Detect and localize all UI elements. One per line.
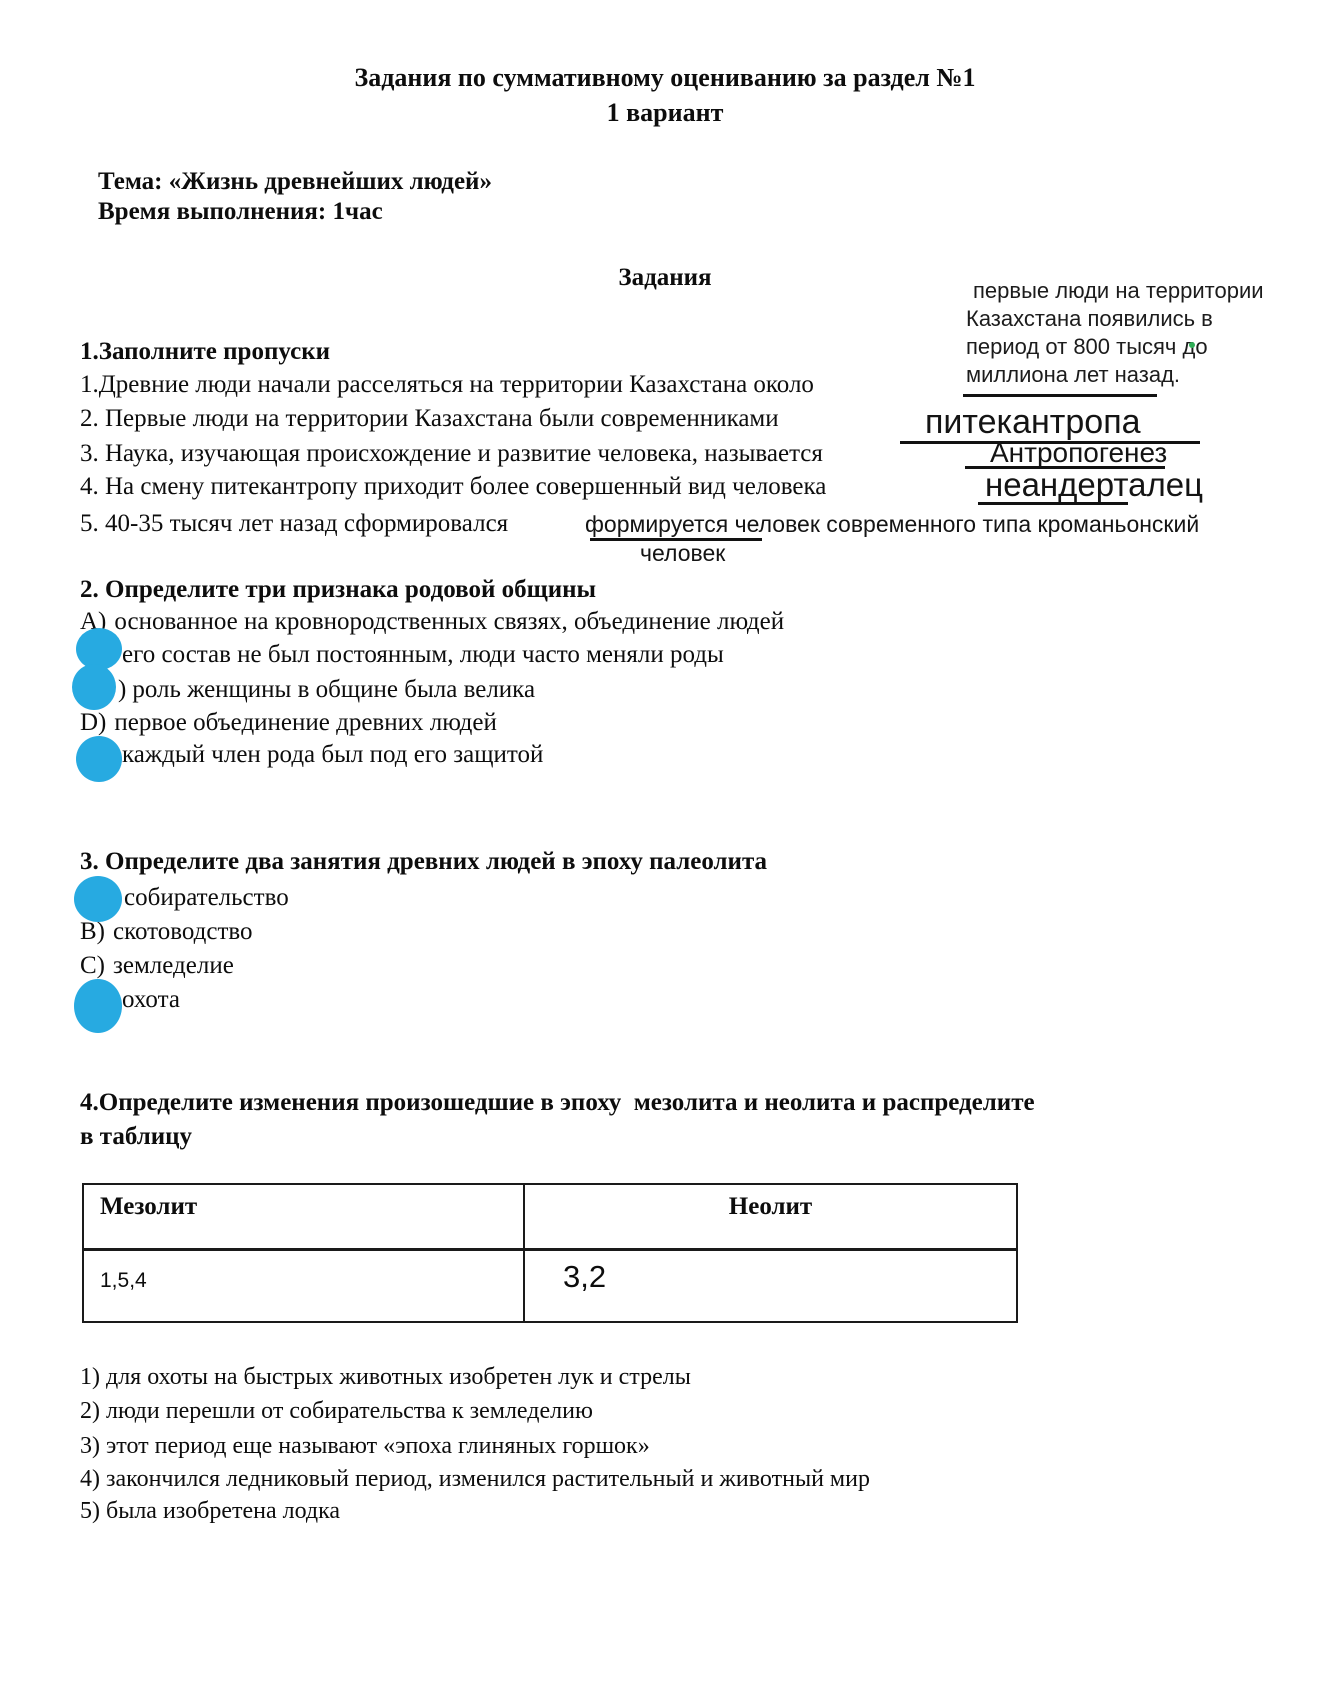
option-a: A)основанное на кровнородственных связях…: [80, 608, 784, 636]
option-letter: D): [80, 709, 106, 736]
typed-answer-4: неандерталец: [985, 466, 1203, 504]
option-text: первое объединение древних людей: [114, 709, 496, 736]
table-answer-row: 1,5,4 3,2: [84, 1251, 1016, 1321]
option-text: роль женщины в общине была велика: [132, 676, 535, 703]
table-answer-mesolith: 1,5,4: [84, 1251, 525, 1321]
variant-subtitle: 1 вариант: [0, 98, 1330, 128]
option-letter: ): [118, 676, 126, 703]
note-line: первые люди на территории: [973, 278, 1264, 304]
marked-option-circle: [76, 736, 122, 782]
option-text: земледелие: [113, 952, 234, 979]
fill-blank-question-1: 1.Древние люди начали расселяться на тер…: [80, 371, 814, 399]
note-line: Казахстана появились в: [966, 306, 1213, 332]
fill-blank-question-4: 4. На смену питекантропу приходит более …: [80, 473, 826, 501]
option-c: C)земледелие: [80, 952, 234, 980]
option-letter: B): [80, 918, 105, 945]
answer-blank-underline: [978, 502, 1128, 505]
table-header-neolith: Неолит: [525, 1185, 1016, 1248]
marked-option-circle: [74, 876, 122, 922]
marked-option-circle: [72, 664, 116, 710]
table-header-mesolith: Мезолит: [84, 1185, 525, 1248]
typed-answer-5: формируется человек современного типа кр…: [585, 511, 1199, 537]
section2-heading: 2. Определите три признака родовой общин…: [80, 576, 596, 604]
note-line: миллиона лет назад.: [966, 362, 1180, 388]
option-text: собирательство: [124, 884, 289, 911]
option-e-marked: каждый член рода был под его защитой: [80, 741, 543, 769]
table-header-row: Мезолит Неолит: [84, 1185, 1016, 1251]
answer-blank-underline: [590, 538, 762, 541]
option-text: его состав не был постоянным, люди часто…: [122, 641, 724, 668]
note-line: период от 800 тысяч до: [966, 334, 1208, 360]
time-line: Время выполнения: 1час: [98, 198, 383, 226]
fill-blank-question-2: 2. Первые люди на территории Казахстана …: [80, 405, 779, 433]
statement-5: 5) была изобретена лодка: [80, 1498, 340, 1525]
mesolith-neolith-table: Мезолит Неолит 1,5,4 3,2: [82, 1183, 1018, 1323]
statement-3: 3) этот период еще называют «эпоха глиня…: [80, 1433, 650, 1460]
option-b: B)скотоводство: [80, 918, 253, 946]
option-c-marked: )роль женщины в общине была велика: [80, 676, 535, 704]
section4-heading-cont: в таблицу: [80, 1123, 192, 1151]
option-d: D)первое объединение древних людей: [80, 709, 497, 737]
marked-option-circle: [74, 979, 122, 1033]
section4-heading: 4.Определите изменения произошедшие в эп…: [80, 1089, 1035, 1117]
typed-answer-5-cont: человек: [640, 540, 725, 567]
page-title: Задания по суммативному оцениванию за ра…: [0, 63, 1330, 93]
option-text: охота: [122, 986, 180, 1013]
statement-1: 1) для охоты на быстрых животных изобрет…: [80, 1364, 691, 1391]
green-mark: [1189, 342, 1195, 348]
statement-2: 2) люди перешли от собирательства к земл…: [80, 1398, 593, 1425]
fill-blank-question-5: 5. 40-35 тысяч лет назад сформировался: [80, 510, 508, 538]
fill-blank-question-3: 3. Наука, изучающая происхождение и разв…: [80, 440, 823, 468]
section3-heading: 3. Определите два занятия древних людей …: [80, 848, 767, 876]
option-letter: C): [80, 952, 105, 979]
option-text: основанное на кровнородственных связях, …: [114, 608, 784, 635]
table-answer-neolith: 3,2: [525, 1251, 1016, 1321]
answer-blank-underline: [965, 466, 1165, 469]
section1-heading: 1.Заполните пропуски: [80, 338, 330, 366]
worksheet-page: Задания по суммативному оцениванию за ра…: [0, 0, 1330, 1695]
statement-4: 4) закончился ледниковый период, изменил…: [80, 1466, 870, 1493]
theme-line: Тема: «Жизнь древнейших людей»: [98, 168, 492, 196]
option-text: скотоводство: [113, 918, 253, 945]
option-text: каждый член рода был под его защитой: [122, 741, 543, 768]
answer-blank-underline: [963, 394, 1157, 397]
option-b-marked: его состав не был постоянным, люди часто…: [80, 641, 724, 669]
answer-blank-underline: [900, 441, 1200, 444]
